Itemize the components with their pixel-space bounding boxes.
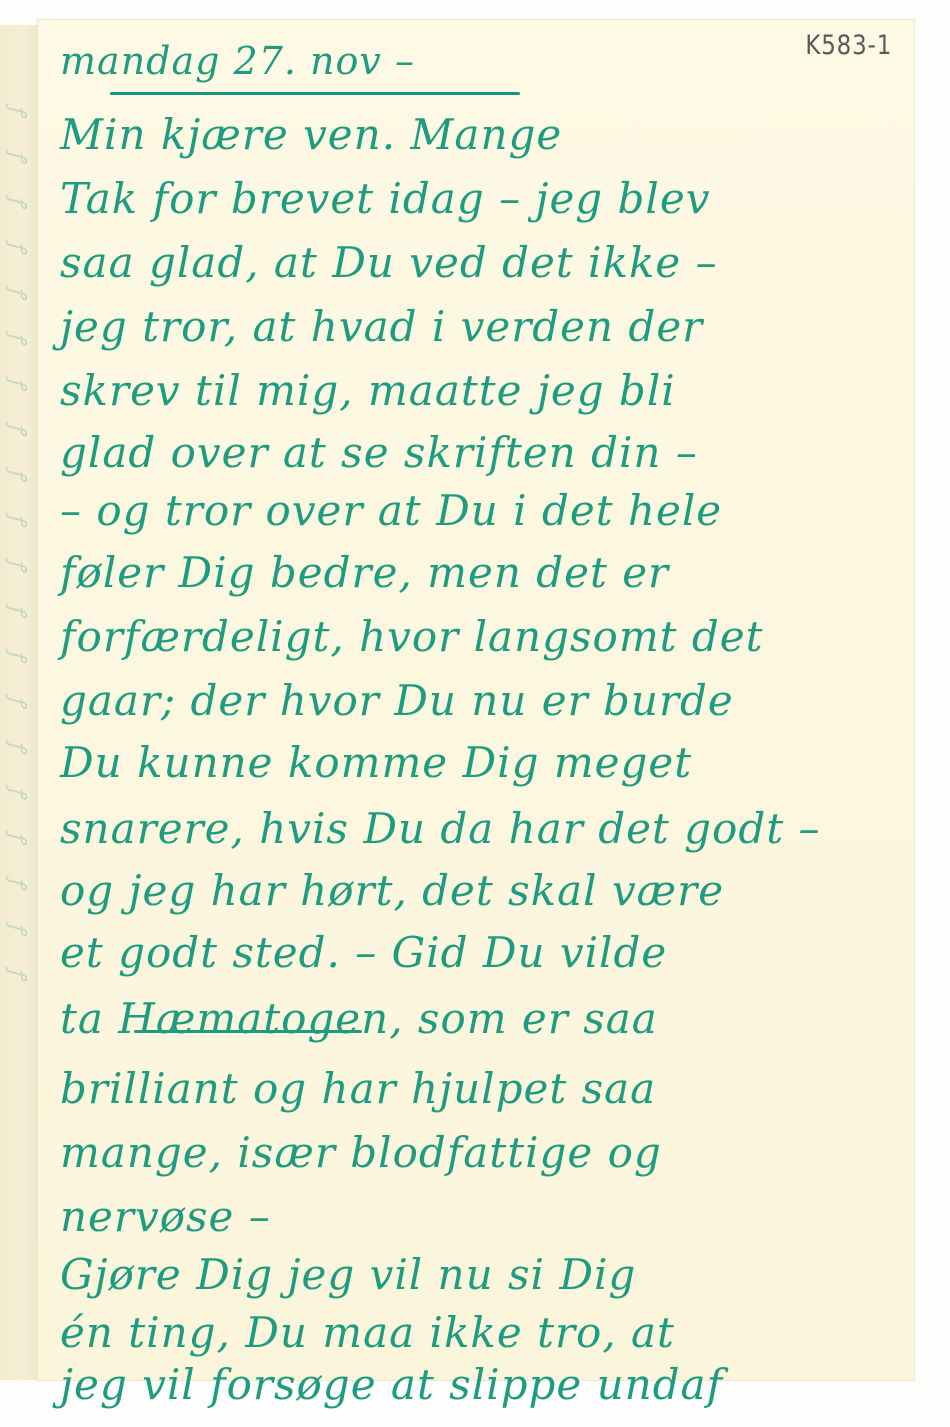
letter-line: Du kunne komme Dig meget — [60, 742, 692, 784]
letter-line: nervøse – — [60, 1196, 271, 1238]
letter-line: saa glad, at Du ved det ikke – — [60, 242, 718, 284]
letter-line: Tak for brevet idag – jeg blev — [60, 178, 710, 220]
letter-line: Gjøre Dig jeg vil nu si Dig — [60, 1254, 636, 1296]
letter-line: Min kjære ven. Mange — [60, 114, 562, 156]
bleed-through-writing: ꝭ ꝭ ꝭ ꝭ ꝭ ꝭ ꝭ ꝭ ꝭ ꝭ ꝭ ꝭ ꝭ ꝭ ꝭ ꝭ ꝭ ꝭ ꝭ ꝭ — [2, 105, 32, 992]
letter-line: skrev til mig, maatte jeg bli — [60, 370, 676, 412]
letter-line: et godt sted. – Gid Du vilde — [60, 932, 667, 974]
letter-line: – og tror over at Du i det hele — [60, 490, 722, 532]
letter-page: K583-1 mandag 27. nov – Min kjære ven. M… — [38, 20, 914, 1380]
letter-line: mange, især blodfattige og — [60, 1132, 662, 1174]
letter-line: brilliant og har hjulpet saa — [60, 1068, 656, 1110]
letter-line: og jeg har hørt, det skal være — [60, 870, 724, 912]
letter-line: forfærdeligt, hvor langsomt det — [60, 616, 764, 658]
letter-line: jeg tror, at hvad i verden der — [60, 306, 703, 348]
letter-line: føler Dig bedre, men det er — [60, 552, 669, 594]
date-underline — [110, 92, 520, 95]
letter-line: én ting, Du maa ikke tro, at — [60, 1312, 675, 1354]
letter-line: gaar; der hvor Du nu er burde — [60, 680, 734, 722]
letter-date: mandag 27. nov – — [60, 42, 415, 80]
archive-mark: K583-1 — [805, 30, 892, 61]
underlying-page-edge: ꝭ ꝭ ꝭ ꝭ ꝭ ꝭ ꝭ ꝭ ꝭ ꝭ ꝭ ꝭ ꝭ ꝭ ꝭ ꝭ ꝭ ꝭ ꝭ ꝭ — [0, 25, 41, 1380]
haematogen-underline — [134, 1030, 362, 1033]
letter-line: snarere, hvis Du da har det godt – — [60, 808, 820, 850]
letter-line: jeg vil forsøge at slippe undaf — [60, 1364, 723, 1406]
letter-line: ta Hæmatogen, som er saa — [60, 998, 658, 1040]
letter-line: glad over at se skriften din – — [60, 432, 698, 474]
letter-scan: ꝭ ꝭ ꝭ ꝭ ꝭ ꝭ ꝭ ꝭ ꝭ ꝭ ꝭ ꝭ ꝭ ꝭ ꝭ ꝭ ꝭ ꝭ ꝭ ꝭ … — [0, 0, 950, 1427]
